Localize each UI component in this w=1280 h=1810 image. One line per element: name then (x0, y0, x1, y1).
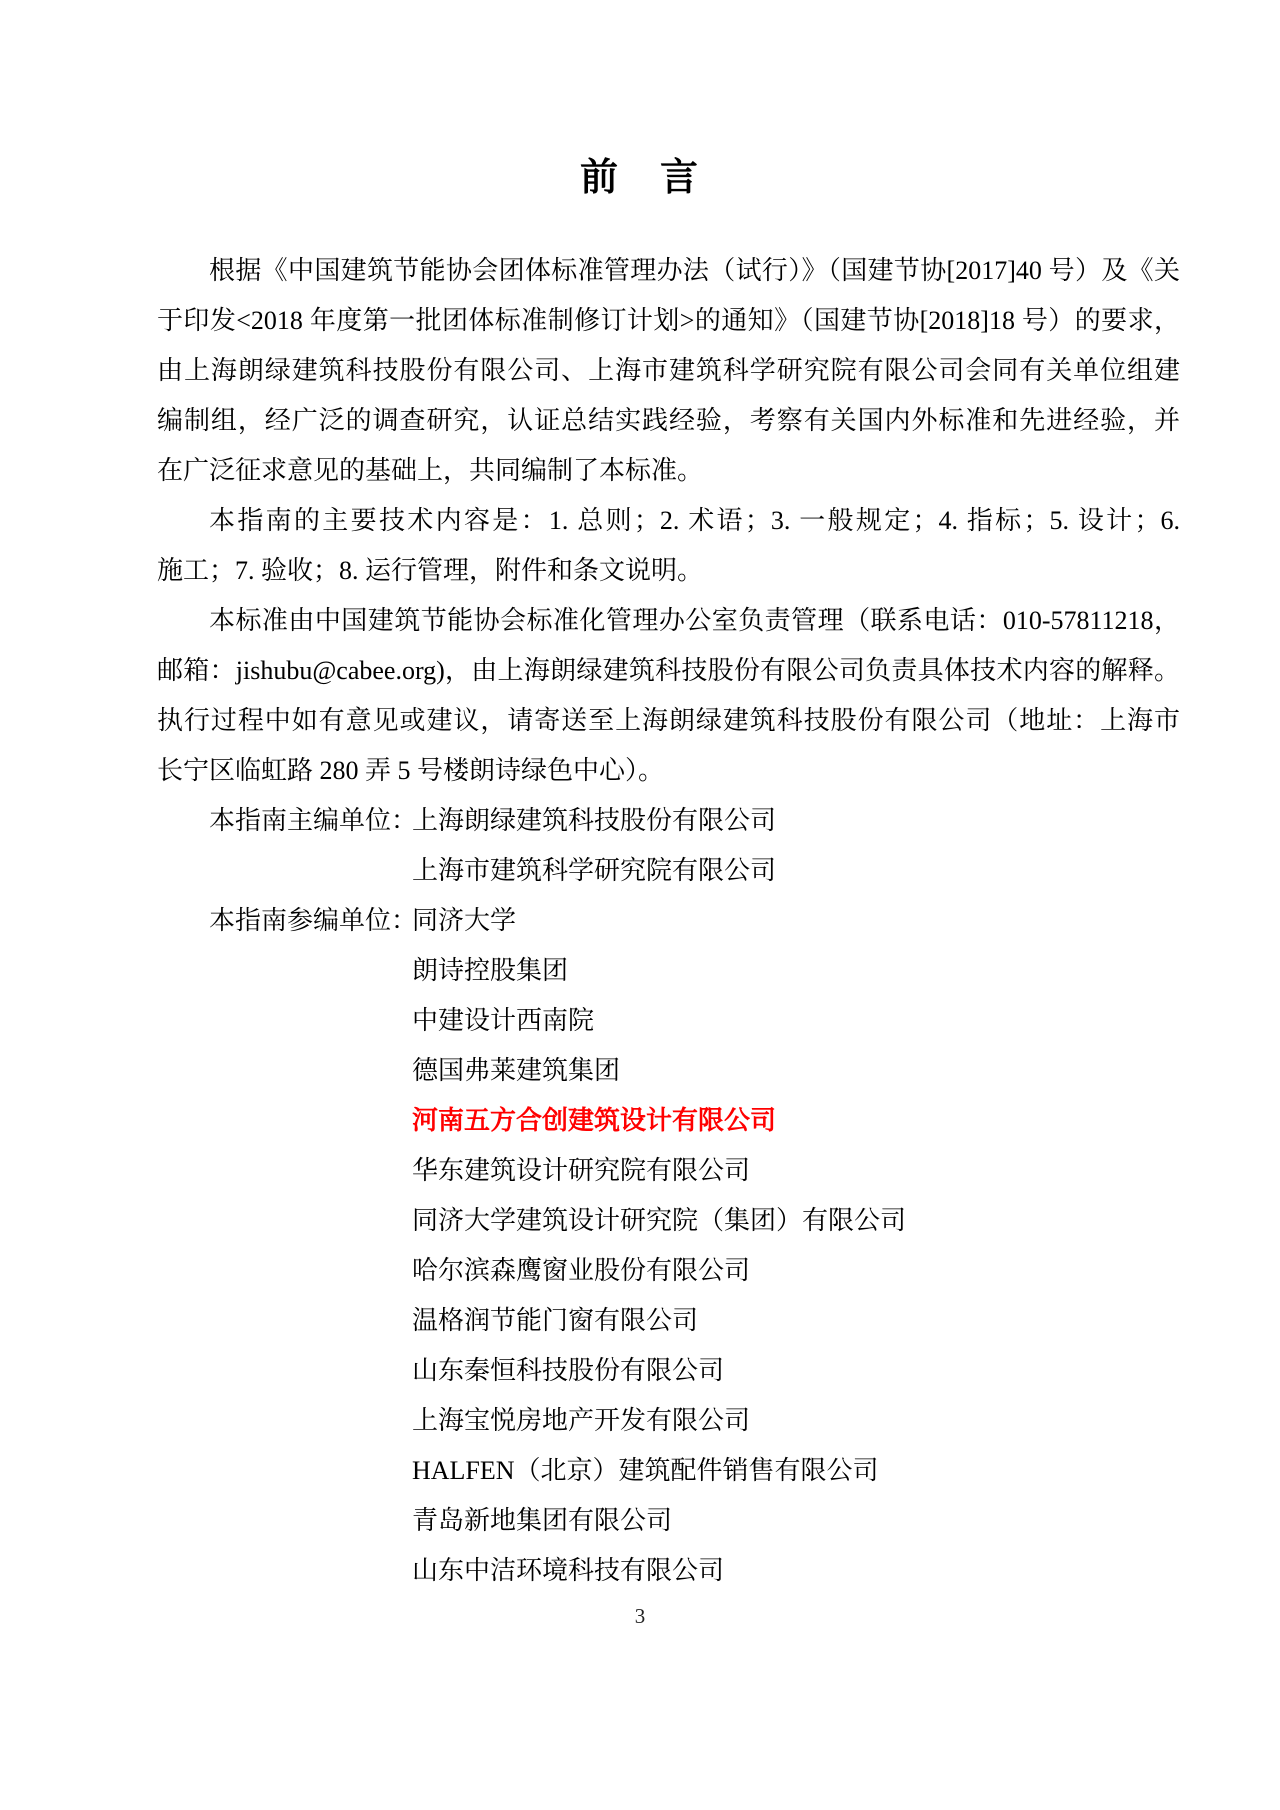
chief-editor-section: 本指南主编单位： 上海朗绿建筑科技股份有限公司 上海市建筑科学研究院有限公司 (157, 796, 1180, 896)
paragraph-line: 本标准由中国建筑节能协会标准化管理办公室负责管理（联系电话：010-578112… (157, 596, 1180, 646)
org-item: 同济大学 (412, 896, 1180, 946)
org-item: 哈尔滨森鹰窗业股份有限公司 (412, 1246, 1180, 1296)
paragraph-line: 长宁区临虹路 280 弄 5 号楼朗诗绿色中心）。 (157, 746, 1180, 796)
page-title: 前 言 (0, 156, 1280, 200)
org-item: 上海宝悦房地产开发有限公司 (412, 1396, 1180, 1446)
paragraph-line: 由上海朗绿建筑科技股份有限公司、上海市建筑科学研究院有限公司会同有关单位组建 (157, 346, 1180, 396)
org-item: 德国弗莱建筑集团 (412, 1046, 1180, 1096)
org-item: 上海市建筑科学研究院有限公司 (412, 846, 1180, 896)
org-item: 青岛新地集团有限公司 (412, 1496, 1180, 1546)
participating-label: 本指南参编单位： (209, 896, 417, 946)
org-item: 山东秦恒科技股份有限公司 (412, 1346, 1180, 1396)
paragraph-line: 根据《中国建筑节能协会团体标准管理办法（试行）》（国建节协[2017]40 号）… (157, 246, 1180, 296)
participating-orgs: 同济大学 朗诗控股集团 中建设计西南院 德国弗莱建筑集团 河南五方合创建筑设计有… (412, 896, 1180, 1596)
document-page: 前 言 根据《中国建筑节能协会团体标准管理办法（试行）》（国建节协[2017]4… (0, 0, 1280, 1810)
paragraph-line: 编制组，经广泛的调查研究，认证总结实践经验，考察有关国内外标准和先进经验，并 (157, 396, 1180, 446)
paragraph-line: 于印发<2018 年度第一批团体标准制修订计划>的通知》（国建节协[2018]1… (157, 296, 1180, 346)
org-item: 同济大学建筑设计研究院（集团）有限公司 (412, 1196, 1180, 1246)
participating-section: 本指南参编单位： 同济大学 朗诗控股集团 中建设计西南院 德国弗莱建筑集团 河南… (157, 896, 1180, 1596)
org-item: 温格润节能门窗有限公司 (412, 1296, 1180, 1346)
chief-editor-orgs: 上海朗绿建筑科技股份有限公司 上海市建筑科学研究院有限公司 (412, 796, 1180, 896)
org-item: HALFEN（北京）建筑配件销售有限公司 (412, 1446, 1180, 1496)
paragraph-line: 本指南的主要技术内容是：1. 总则；2. 术语；3. 一般规定；4. 指标；5.… (157, 496, 1180, 546)
org-item: 上海朗绿建筑科技股份有限公司 (412, 796, 1180, 846)
org-item: 中建设计西南院 (412, 996, 1180, 1046)
org-item: 山东中洁环境科技有限公司 (412, 1546, 1180, 1596)
org-item: 华东建筑设计研究院有限公司 (412, 1146, 1180, 1196)
participating-org-highlight: 河南五方合创建筑设计有限公司 (412, 1096, 1180, 1146)
page-number: 3 (0, 1603, 1280, 1629)
org-item: 朗诗控股集团 (412, 946, 1180, 996)
paragraph-line: 施工；7. 验收；8. 运行管理，附件和条文说明。 (157, 546, 1180, 596)
paragraph-line: 在广泛征求意见的基础上，共同编制了本标准。 (157, 446, 1180, 496)
document-body: 根据《中国建筑节能协会团体标准管理办法（试行）》（国建节协[2017]40 号）… (157, 246, 1180, 1596)
paragraph-line: 执行过程中如有意见或建议，请寄送至上海朗绿建筑科技股份有限公司（地址：上海市 (157, 696, 1180, 746)
chief-editor-label: 本指南主编单位： (209, 796, 417, 846)
paragraph-line: 邮箱：jishubu@cabee.org)，由上海朗绿建筑科技股份有限公司负责具… (157, 646, 1180, 696)
